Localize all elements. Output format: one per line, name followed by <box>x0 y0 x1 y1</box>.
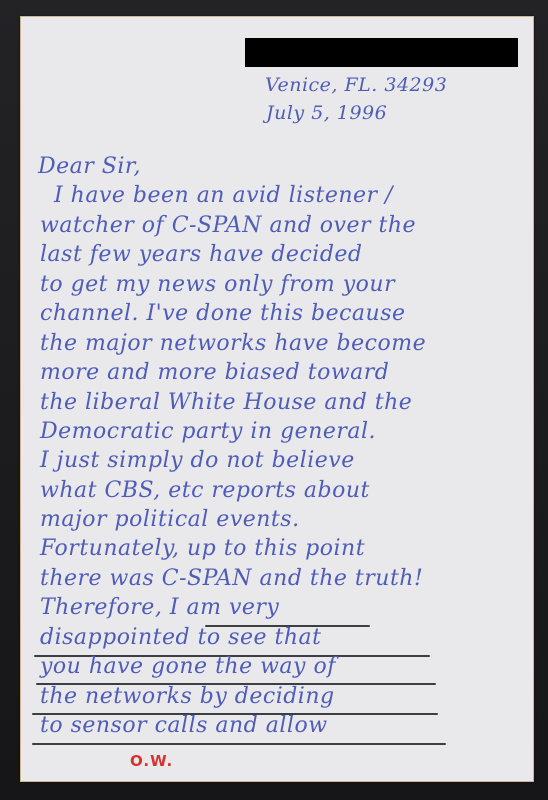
body-line: to sensor calls and allow <box>40 713 328 738</box>
body-line: major political events. <box>40 507 300 532</box>
body-line: Therefore, I am very <box>40 595 279 620</box>
body-line: watcher of C-SPAN and over the <box>40 213 416 238</box>
body-line: to get my news only from your <box>40 272 395 297</box>
body-line: disappointed to see that <box>40 625 321 650</box>
body-line: what CBS, etc reports about <box>40 478 370 503</box>
red-annotation: O.W. <box>130 752 173 770</box>
redaction-bar <box>245 38 518 67</box>
sender-location: Venice, FL. 34293 <box>265 74 447 96</box>
body-line: Fortunately, up to this point <box>40 536 365 561</box>
letter-date: July 5, 1996 <box>266 102 387 124</box>
body-line: there was C-SPAN and the truth! <box>40 566 423 591</box>
body-line: the major networks have become <box>40 331 426 356</box>
body-line: the liberal White House and the <box>40 390 412 415</box>
document-frame: Venice, FL. 34293 July 5, 1996 Dear Sir,… <box>0 0 548 800</box>
body-line: the networks by deciding <box>40 684 335 709</box>
body-line: channel. I've done this because <box>40 301 406 326</box>
salutation: Dear Sir, <box>38 154 141 179</box>
body-line: last few years have decided <box>40 242 363 267</box>
body-line: more and more biased toward <box>40 360 389 385</box>
letter-page: Venice, FL. 34293 July 5, 1996 Dear Sir,… <box>20 16 534 782</box>
body-line: Democratic party in general. <box>40 419 376 444</box>
body-line: I just simply do not believe <box>40 448 355 473</box>
body-line: I have been an avid listener / <box>54 183 393 208</box>
underline <box>32 743 446 745</box>
body-line: you have gone the way of <box>40 654 336 679</box>
